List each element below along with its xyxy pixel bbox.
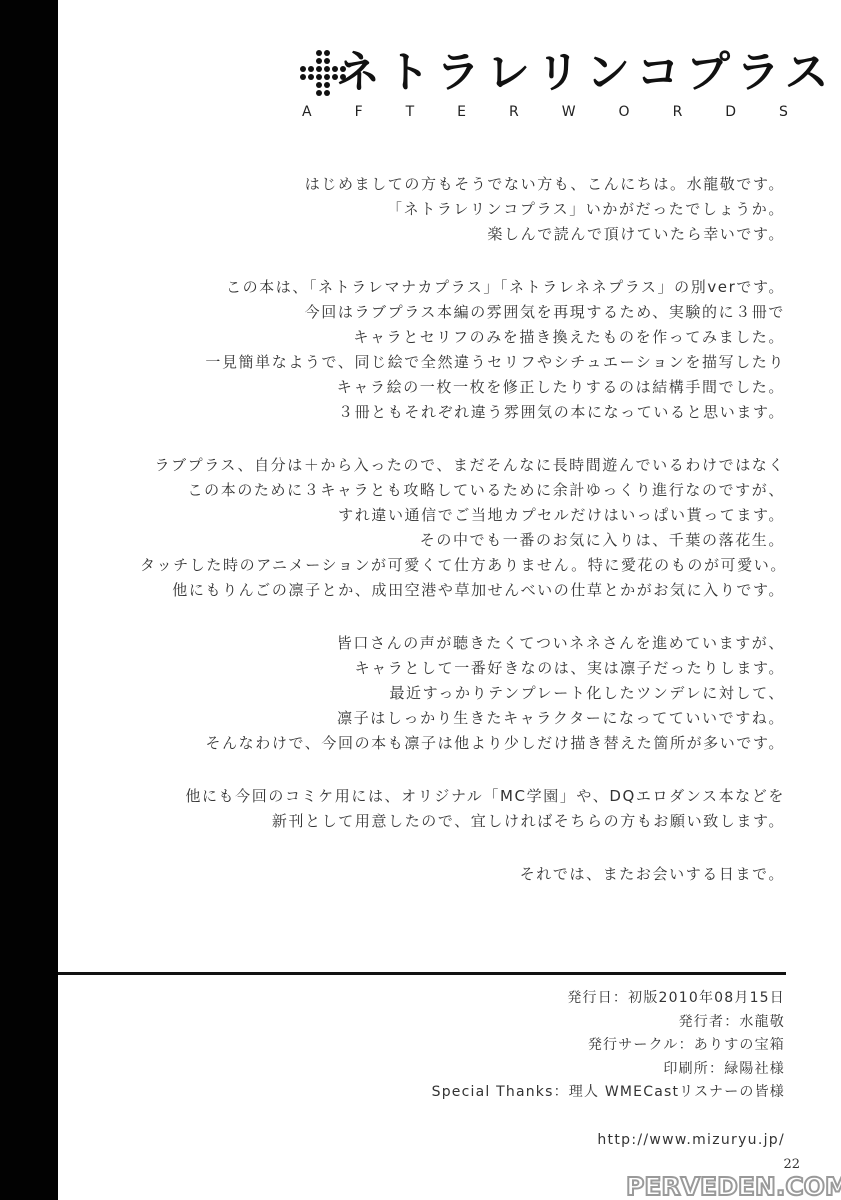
paragraph-greeting: はじめましての方もそうでない方も、こんにちは。水龍敬です。 「ネトラレリンコプラ…: [140, 172, 785, 247]
subtitle-letter: W: [562, 104, 576, 124]
paragraph-loveplus: ラブプラス、自分は＋から入ったので、まだそんなに長時間遊んでいるわけではなく こ…: [140, 453, 785, 603]
special-thanks: Special Thanks：理人 WMECastリスナーの皆様: [380, 1081, 785, 1105]
text-line: すれ違い通信でご当地カプセルだけはいっぱい貰ってます。: [140, 503, 785, 528]
text-line: 今回はラブプラス本編の雰囲気を再現するため、実験的に３冊で: [140, 300, 785, 325]
text-line: タッチした時のアニメーションが可愛くて仕方ありません。特に愛花のものが可愛い。: [140, 553, 785, 578]
text-line: 凛子はしっかり生きたキャラクターになってていいですね。: [140, 706, 785, 731]
subtitle-letter: A: [302, 104, 312, 124]
paragraph-rinko: 皆口さんの声が聴きたくてついネネさんを進めていますが、 キャラとして一番好きなの…: [140, 631, 785, 756]
text-line: 他にも今回のコミケ用には、オリジナル「MC学園」や、DQエロダンス本などを: [140, 784, 785, 809]
paragraph-about-book: この本は、「ネトラレマナカプラス」「ネトラレネネプラス」の別verです。 今回は…: [140, 275, 785, 425]
book-title: ネトラレリンコプラス: [336, 48, 834, 98]
text-line: ラブプラス、自分は＋から入ったので、まだそんなに長時間遊んでいるわけではなく: [140, 453, 785, 478]
text-line: キャラ絵の一枚一枚を修正したりするのは結構手間でした。: [140, 375, 785, 400]
page-gutter-bar: [0, 0, 58, 1200]
colophon-divider: [58, 972, 786, 975]
subtitle-letter: S: [779, 104, 788, 124]
afterword-body: はじめましての方もそうでない方も、こんにちは。水龍敬です。 「ネトラレリンコプラ…: [140, 172, 785, 915]
circle-name: 発行サークル：ありすの宝箱: [380, 1034, 785, 1058]
text-line: 最近すっかりテンプレート化したツンデレに対して、: [140, 681, 785, 706]
page-number: 22: [760, 1157, 800, 1172]
publish-date: 発行日：初版2010年08月15日: [380, 987, 785, 1011]
website-url[interactable]: http://www.mizuryu.jp/: [520, 1132, 785, 1148]
text-line: 他にもりんごの凛子とか、成田空港や草加せんべいの仕草とかがお気に入りです。: [140, 578, 785, 603]
colophon: 発行日：初版2010年08月15日 発行者：水龍敬 発行サークル：ありすの宝箱 …: [380, 987, 785, 1105]
publisher: 発行者：水龍敬: [380, 1011, 785, 1035]
text-line: 楽しんで読んで頂けていたら幸いです。: [140, 222, 785, 247]
title-logo: ネトラレリンコプラス: [300, 48, 788, 98]
text-line: はじめましての方もそうでない方も、こんにちは。水龍敬です。: [140, 172, 785, 197]
text-line: この本のために３キャラとも攻略しているために余計ゆっくり進行なのですが、: [140, 478, 785, 503]
text-line: ３冊ともそれぞれ違う雰囲気の本になっていると思います。: [140, 400, 785, 425]
subtitle-letter: R: [509, 104, 519, 124]
text-line: それでは、またお会いする日まで。: [140, 862, 785, 887]
text-line: キャラとセリフのみを描き換えたものを作ってみました。: [140, 325, 785, 350]
subtitle-letter: R: [673, 104, 683, 124]
paragraph-other-books: 他にも今回のコミケ用には、オリジナル「MC学園」や、DQエロダンス本などを 新刊…: [140, 784, 785, 834]
text-line: 「ネトラレリンコプラス」いかがだったでしょうか。: [140, 197, 785, 222]
subtitle-letter: E: [457, 104, 466, 124]
subtitle-letter: O: [619, 104, 630, 124]
text-line: その中でも一番のお気に入りは、千葉の落花生。: [140, 528, 785, 553]
subtitle-letter: F: [355, 104, 363, 124]
paragraph-closing: それでは、またお会いする日まで。: [140, 862, 785, 887]
subtitle-letter: T: [406, 104, 415, 124]
text-line: 新刊として用意したので、宜しければそちらの方もお願い致します。: [140, 809, 785, 834]
text-line: キャラとして一番好きなのは、実は凛子だったりします。: [140, 656, 785, 681]
text-line: この本は、「ネトラレマナカプラス」「ネトラレネネプラス」の別verです。: [140, 275, 785, 300]
afterwords-subtitle: A F T E R W O R D S: [300, 104, 788, 124]
site-watermark: PERVEDEN.COM: [626, 1174, 841, 1200]
text-line: そんなわけで、今回の本も凛子は他より少しだけ描き替えた箇所が多いです。: [140, 731, 785, 756]
subtitle-letter: D: [725, 104, 736, 124]
text-line: 一見簡単なようで、同じ絵で全然違うセリフやシチュエーションを描写したり: [140, 350, 785, 375]
text-line: 皆口さんの声が聴きたくてついネネさんを進めていますが、: [140, 631, 785, 656]
printer: 印刷所：緑陽社様: [380, 1058, 785, 1082]
